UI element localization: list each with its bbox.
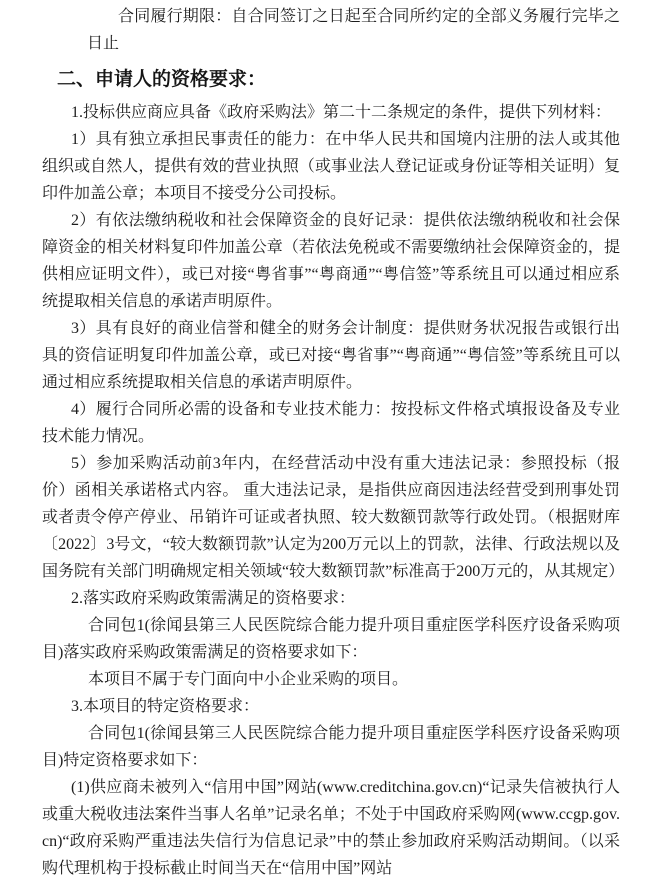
paragraph-item-2-tax-social-security: 2）有依法缴纳税收和社会保障资金的良好记录：提供依法缴纳税收和社会保障资金的相关… [42,207,620,315]
paragraph-credit-china-requirement: (1)供应商未被列入“信用中国”网站(www.creditchina.gov.c… [42,774,620,879]
paragraph-specific-requirement: 3.本项目的特定资格要求： [42,693,620,720]
paragraph-package1-specific: 合同包1(徐闻县第三人民医院综合能力提升项目重症医学科医疗设备采购项目)特定资格… [42,720,620,774]
paragraph-not-sme-project: 本项目不属于专门面向中小企业采购的项目。 [42,666,620,693]
paragraph-package1-policy: 合同包1(徐闻县第三人民医院综合能力提升项目重症医学科医疗设备采购项目)落实政府… [42,612,620,666]
paragraph-item-5-no-major-violations: 5）参加采购活动前3年内，在经营活动中没有重大违法记录：参照投标（报价）函相关承… [42,450,620,585]
paragraph-item-4-equipment-capability: 4）履行合同所必需的设备和专业技术能力：按投标文件格式填报设备及专业技术能力情况… [42,396,620,450]
paragraph-item-1-civil-liability: 1）具有独立承担民事责任的能力：在中华人民共和国境内注册的法人或其他组织或自然人… [42,126,620,207]
paragraph-item-3-business-credit: 3）具有良好的商业信誉和健全的财务会计制度：提供财务状况报告或银行出具的资信证明… [42,315,620,396]
section-heading-applicant-qualifications: 二、申请人的资格要求： [57,65,620,95]
document-page: 合同履行期限：自合同签订之日起至合同所约定的全部义务履行完毕之日止 二、申请人的… [0,0,662,879]
paragraph-contract-period: 合同履行期限：自合同签订之日起至合同所约定的全部义务履行完毕之日止 [87,3,620,57]
paragraph-policy-requirement: 2.落实政府采购政策需满足的资格要求： [42,585,620,612]
paragraph-qualification-intro: 1.投标供应商应具备《政府采购法》第二十二条规定的条件，提供下列材料： [42,99,620,126]
